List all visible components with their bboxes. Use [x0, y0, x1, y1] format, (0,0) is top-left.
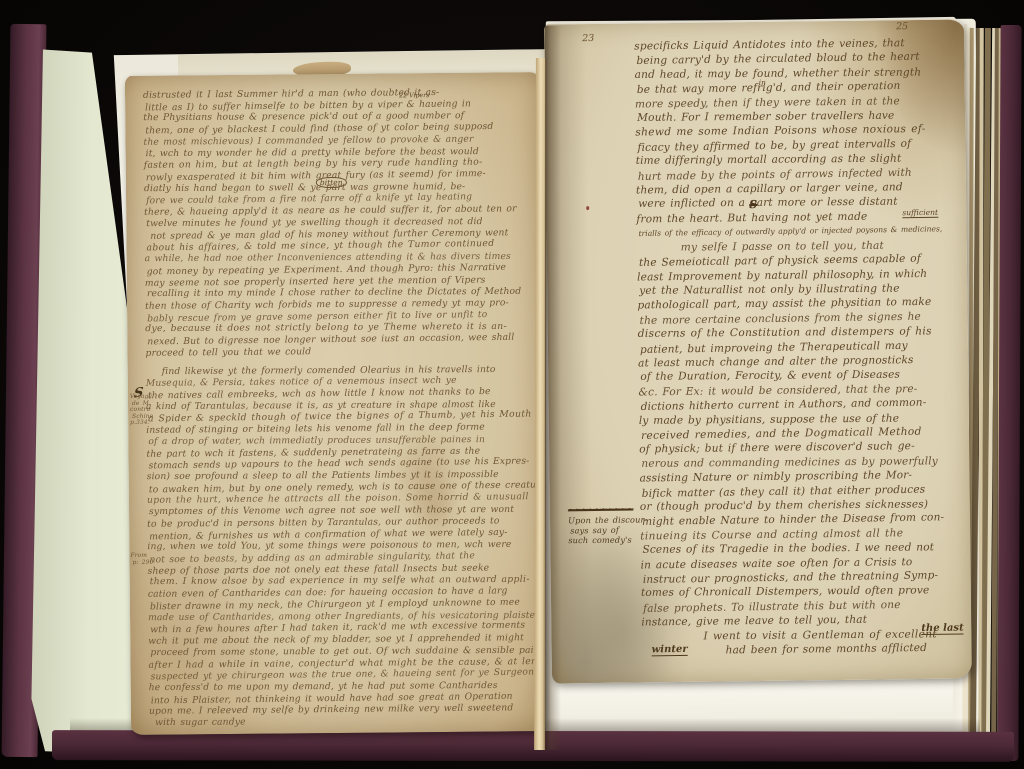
- interlinear-insertion-sufficient: sufficient: [902, 208, 938, 218]
- struck-out-letter: S: [749, 198, 757, 211]
- manuscript-line: proceed to tell you that we could: [145, 344, 537, 359]
- boxed-insertion-bitten: bitten: [316, 177, 347, 188]
- margin-note-line: p: 290: [130, 559, 156, 566]
- margin-note-citation: Voyagede M.contraSchinep.334.: [130, 394, 158, 427]
- left-manuscript-page: distrusted it I last Summer hir'd a man …: [125, 72, 545, 735]
- interlinear-insertion-in: in: [759, 78, 766, 87]
- right-page-text: specificks Liquid Antidotes into the vei…: [634, 36, 968, 659]
- ink-spot: [586, 206, 589, 210]
- page-number-23: 23: [582, 33, 594, 44]
- underline-winter: winter: [652, 644, 688, 656]
- margin-note-comedys: ~~~~~~~~~~ Upon the discour-says say ofs…: [568, 504, 668, 545]
- manuscript-line: had been for some months afflicted: [642, 641, 968, 659]
- margin-note-line: p.334.: [130, 420, 158, 427]
- book-right-cover-edge: [997, 25, 1021, 761]
- interlinear-note-vipers: 22 Vipers: [399, 92, 430, 99]
- margin-note-from: Fromp: 290: [130, 553, 156, 566]
- margin-note-comedys-text: Upon the discour-says say ofsuch comedy'…: [568, 514, 668, 545]
- book-bottom-cover-edge: [52, 730, 1014, 762]
- margin-note-line: such comedy's: [568, 534, 668, 545]
- gutter-shadow: [545, 26, 561, 750]
- margin-note-line: From: [130, 553, 156, 560]
- page-number-25: 25: [896, 21, 908, 32]
- right-manuscript-page: 23 25 specificks Liquid Antidotes into t…: [544, 19, 972, 683]
- margin-note-line: Voyage: [130, 394, 158, 401]
- manuscript-photo: distrusted it I last Summer hir'd a man …: [0, 0, 1024, 769]
- manuscript-line: with sugar candye: [149, 715, 541, 729]
- margin-note-line: contra: [130, 407, 158, 414]
- underline-the-last: the last: [921, 623, 963, 636]
